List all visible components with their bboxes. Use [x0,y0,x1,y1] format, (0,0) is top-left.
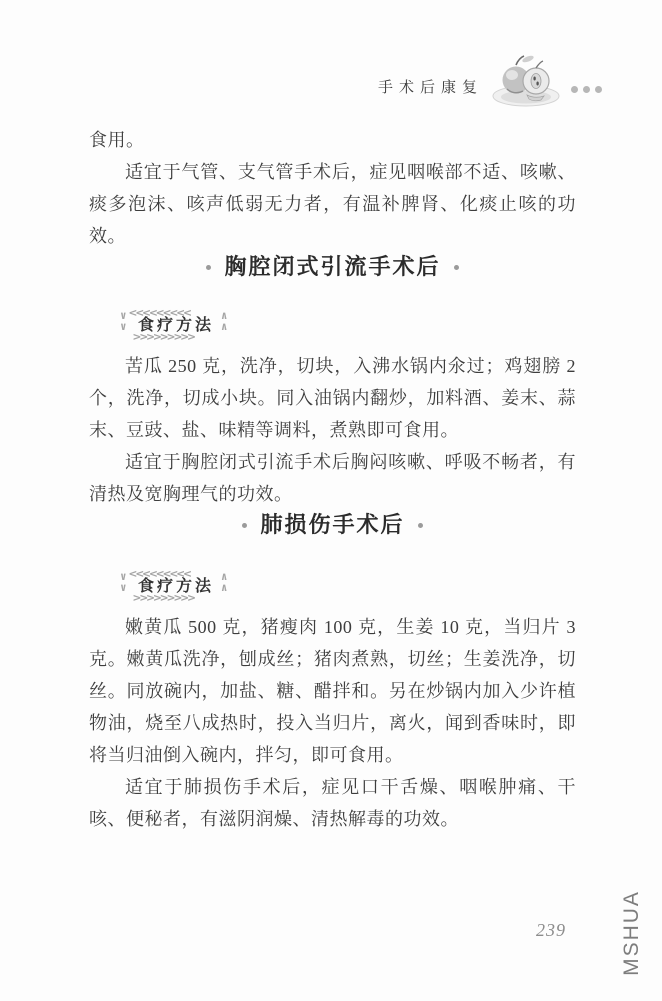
book-page: 手术后康复 食用。 适宜于气管、支气管手术后，症见咽喉部不适、咳嗽、痰多泡沫、咳… [0,0,662,1001]
badge-frame-left: ∨ ∨ [120,571,127,593]
badge-frame-left: ∨ ∨ [120,310,127,332]
ellipsis-dots-icon [571,86,602,93]
apple-plate-photo-icon [489,52,563,108]
page-number: 239 [536,920,566,941]
title-dot-icon [418,523,423,528]
spine-watermark: MSHUA [620,877,646,989]
indication-paragraph: 适宜于胸腔闭式引流手术后胸闷咳嗽、呼吸不畅者，有清热及宽胸理气的功效。 [89,446,576,510]
badge-frame-right: ∧ ∧ [221,310,228,332]
badge-label: 食疗方法 [138,310,214,342]
title-dot-icon [206,265,211,270]
recipe-paragraph: 嫩黄瓜 500 克，猪瘦肉 100 克，生姜 10 克，当归片 3 克。嫩黄瓜洗… [89,611,576,771]
section-title-text: 胸腔闭式引流手术后 [224,252,440,282]
title-dot-icon [454,265,459,270]
indication-paragraph: 适宜于肺损伤手术后，症见口干舌燥、咽喉肿痛、干咳、便秘者，有滋阴润燥、清热解毒的… [89,771,576,835]
section-title-lung-injury: 肺损伤手术后 [89,510,576,540]
title-dot-icon [242,523,247,528]
badge-label: 食疗方法 [138,571,214,603]
running-head: 手术后康复 [378,46,602,108]
diet-method-badge: <<<<<<<<< >>>>>>>>> ∨ ∨ ∧ ∧ 食疗方法 [121,302,231,350]
intro-paragraph: 适宜于气管、支气管手术后，症见咽喉部不适、咳嗽、痰多泡沫、咳声低弱无力者，有温补… [89,156,576,252]
recipe-paragraph: 苦瓜 250 克，洗净，切块，入沸水锅内氽过；鸡翅膀 2 个，洗净，切成小块。同… [89,350,576,446]
section-title-chest-drainage: 胸腔闭式引流手术后 [89,252,576,282]
chapter-title: 手术后康复 [378,76,483,97]
diet-method-badge: <<<<<<<<< >>>>>>>>> ∨ ∨ ∧ ∧ 食疗方法 [121,563,231,611]
page-body: 食用。 适宜于气管、支气管手术后，症见咽喉部不适、咳嗽、痰多泡沫、咳声低弱无力者… [89,124,576,835]
intro-continuation-line: 食用。 [89,124,576,156]
section-title-text: 肺损伤手术后 [260,510,404,540]
badge-frame-right: ∧ ∧ [221,571,228,593]
